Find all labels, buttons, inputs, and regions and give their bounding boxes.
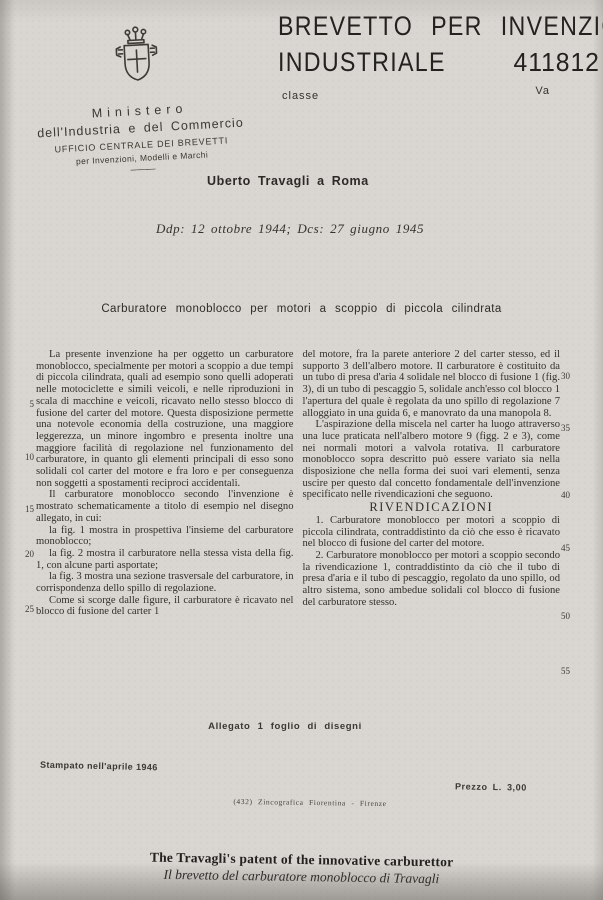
line-number: 55 (561, 666, 579, 676)
line-number: 40 (561, 490, 579, 500)
body-paragraph: la fig. 3 mostra una sezione trasversale… (36, 571, 294, 594)
patent-type-line2: INDUSTRIALE (278, 44, 446, 80)
printed-note: Stampato nell'aprile 1946 (40, 760, 158, 773)
claim-1: 1. Carburatore monoblocco per motori a s… (303, 515, 561, 550)
patent-scan-page: Ministero dell'Industria e del Commercio… (0, 0, 603, 900)
printer-note: (432) Zincografica Fiorentina - Firenze (0, 794, 603, 812)
filing-dates: Ddp: 12 ottobre 1944; Dcs: 27 giugno 194… (156, 221, 424, 237)
line-number: 35 (561, 423, 579, 433)
body-paragraph: la fig. 1 mostra in prospettiva l'insiem… (36, 525, 294, 548)
body-paragraph: La presente invenzione ha per oggetto un… (36, 349, 294, 489)
class-label: classe (282, 90, 319, 102)
line-number: 20 (18, 549, 34, 559)
patent-type-line1: BREVETTO PER INVENZIONE (278, 8, 555, 44)
line-number: 5 (18, 399, 34, 409)
body-paragraph: L'aspirazione della miscela nel carter h… (303, 419, 561, 501)
patent-number: 411812 (514, 47, 600, 78)
line-number: 50 (561, 611, 579, 621)
price-note: Prezzo L. 3,00 (455, 781, 527, 792)
line-number: 30 (561, 371, 579, 381)
patent-title-block: BREVETTO PER INVENZIONE INDUSTRIALE 4118… (278, 8, 600, 80)
invention-title: Carburatore monoblocco per motori a scop… (0, 303, 603, 315)
line-number: 10 (18, 452, 34, 462)
left-column: La presente invenzione ha per oggetto un… (36, 349, 294, 618)
attachment-note: Allegato 1 foglio di disegni (0, 721, 570, 732)
right-column: del motore, fra la parete anteriore 2 de… (303, 349, 561, 618)
line-number: 25 (18, 604, 34, 614)
body-paragraph: del motore, fra la parete anteriore 2 de… (303, 349, 561, 419)
line-number: 15 (18, 504, 34, 514)
body-paragraph: Il carburatore monoblocco secondo l'inve… (36, 489, 294, 524)
photo-caption: The Travagli's patent of the innovative … (0, 847, 603, 889)
claim-2: 2. Carburatore monoblocco per motori a s… (303, 550, 561, 609)
line-number: 45 (561, 543, 579, 553)
body-paragraph: la fig. 2 mostra il carburatore nella st… (36, 548, 294, 571)
body-paragraph: Come si scorge dalle figure, il carburat… (36, 595, 294, 618)
coat-of-arms-icon (103, 24, 171, 101)
ministry-header: Ministero dell'Industria e del Commercio… (24, 20, 253, 179)
class-value: Va (535, 85, 550, 102)
class-row: classe Va (282, 90, 550, 102)
patent-body: La presente invenzione ha per oggetto un… (36, 349, 560, 618)
applicant-name: Uberto Travagli a Roma (207, 174, 369, 188)
claims-heading: RIVENDICAZIONI (303, 502, 561, 514)
